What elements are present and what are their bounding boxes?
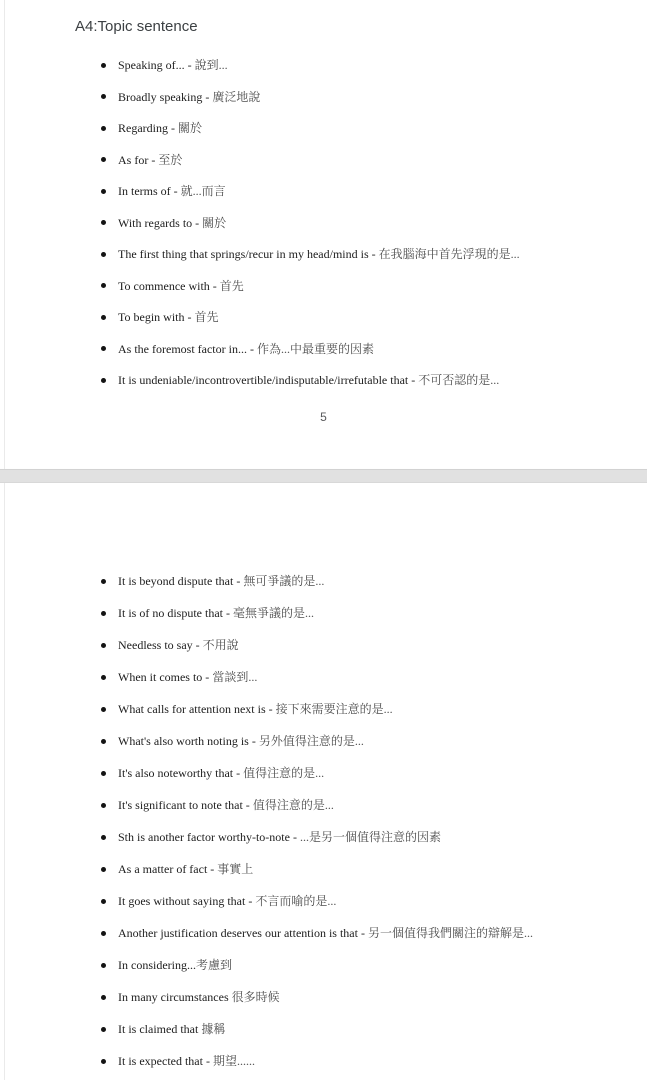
list-item: With regards to - 關於 <box>118 215 637 231</box>
bullet-icon <box>101 94 106 99</box>
list-item: Another justification deserves our atten… <box>118 925 637 941</box>
list-item: Speaking of... - 說到... <box>118 57 637 73</box>
phrase-english: Broadly speaking - <box>118 90 212 104</box>
bullet-icon <box>101 1059 106 1064</box>
list-item: As a matter of fact - 事實上 <box>118 861 637 877</box>
list-item: In considering...考慮到 <box>118 957 637 973</box>
phrase-english: In terms of - <box>118 184 181 198</box>
phrase-list-page-6: It is beyond dispute that - 無可爭議的是... It… <box>118 573 637 1080</box>
bullet-icon <box>101 252 106 257</box>
phrase-chinese: 值得注意的是... <box>243 766 324 780</box>
bullet-icon <box>101 220 106 225</box>
bullet-icon <box>101 899 106 904</box>
phrase-english: In considering... <box>118 958 196 972</box>
list-item: As the foremost factor in... - 作為...中最重要… <box>118 341 637 357</box>
phrase-chinese: 據稱 <box>201 1022 225 1036</box>
phrase-english: As a matter of fact - <box>118 862 217 876</box>
bullet-icon <box>101 707 106 712</box>
phrase-chinese: 期望...... <box>213 1054 255 1068</box>
phrase-english: Another justification deserves our atten… <box>118 926 368 940</box>
phrase-english: It is undeniable/incontrovertible/indisp… <box>118 373 418 387</box>
phrase-chinese: 當談到... <box>212 670 257 684</box>
phrase-english: It is beyond dispute that - <box>118 574 243 588</box>
list-item: It is undeniable/incontrovertible/indisp… <box>118 372 637 388</box>
phrase-chinese: 在我腦海中首先浮現的是... <box>379 247 520 261</box>
phrase-english: Regarding - <box>118 121 178 135</box>
bullet-icon <box>101 995 106 1000</box>
phrase-chinese: 廣泛地說 <box>212 90 260 104</box>
phrase-english: To begin with - <box>118 310 194 324</box>
bullet-icon <box>101 157 106 162</box>
phrase-chinese: 不可否認的是... <box>418 373 499 387</box>
document-page-5: A4:Topic sentence Speaking of... - 說到...… <box>0 0 647 469</box>
phrase-english: When it comes to - <box>118 670 212 684</box>
bullet-icon <box>101 315 106 320</box>
phrase-chinese: 說到... <box>195 58 228 72</box>
phrase-chinese: 另外值得注意的是... <box>259 734 364 748</box>
bullet-icon <box>101 189 106 194</box>
phrase-english: It is of no dispute that - <box>118 606 233 620</box>
bullet-icon <box>101 771 106 776</box>
bullet-icon <box>101 126 106 131</box>
list-item: As for - 至於 <box>118 152 637 168</box>
list-item: It is of no dispute that - 毫無爭議的是... <box>118 605 637 621</box>
phrase-english: It is expected that - <box>118 1054 213 1068</box>
page-left-edge <box>4 483 5 1080</box>
page-break-gap <box>0 469 647 483</box>
bullet-icon <box>101 835 106 840</box>
bullet-icon <box>101 739 106 744</box>
list-item: To begin with - 首先 <box>118 309 637 325</box>
phrase-chinese: 值得注意的是... <box>253 798 334 812</box>
bullet-icon <box>101 643 106 648</box>
page-left-edge <box>4 0 5 469</box>
bullet-icon <box>101 1027 106 1032</box>
phrase-chinese: 很多時候 <box>232 990 280 1004</box>
phrase-chinese: 接下來需要注意的是... <box>276 702 393 716</box>
list-item: What's also worth noting is - 另外值得注意的是..… <box>118 733 637 749</box>
phrase-chinese: 就...而言 <box>181 184 226 198</box>
page-number: 5 <box>0 410 647 424</box>
phrase-english: What calls for attention next is - <box>118 702 276 716</box>
phrase-chinese: 事實上 <box>217 862 253 876</box>
phrase-english: As for - <box>118 153 158 167</box>
list-item: The first thing that springs/recur in my… <box>118 246 637 262</box>
phrase-english: It's also noteworthy that - <box>118 766 243 780</box>
bullet-icon <box>101 675 106 680</box>
phrase-chinese: 毫無爭議的是... <box>233 606 314 620</box>
bullet-icon <box>101 803 106 808</box>
bullet-icon <box>101 611 106 616</box>
list-item: To commence with - 首先 <box>118 278 637 294</box>
phrase-chinese: 無可爭議的是... <box>243 574 324 588</box>
phrase-english: Speaking of... - <box>118 58 195 72</box>
phrase-chinese: ...是另一個值得注意的因素 <box>300 830 441 844</box>
phrase-english: As the foremost factor in... - <box>118 342 257 356</box>
bullet-icon <box>101 378 106 383</box>
phrase-chinese: 首先 <box>220 279 244 293</box>
list-item: It's also noteworthy that - 值得注意的是... <box>118 765 637 781</box>
bullet-icon <box>101 963 106 968</box>
phrase-list-page-5: Speaking of... - 說到... Broadly speaking … <box>118 57 637 404</box>
list-item: It is beyond dispute that - 無可爭議的是... <box>118 573 637 589</box>
list-item: In many circumstances 很多時候 <box>118 989 637 1005</box>
list-item: When it comes to - 當談到... <box>118 669 637 685</box>
bullet-icon <box>101 283 106 288</box>
phrase-english: What's also worth noting is - <box>118 734 259 748</box>
phrase-english: It goes without saying that - <box>118 894 255 908</box>
phrase-english: With regards to - <box>118 216 202 230</box>
phrase-english: In many circumstances <box>118 990 232 1004</box>
list-item: It is claimed that 據稱 <box>118 1021 637 1037</box>
list-item: Broadly speaking - 廣泛地說 <box>118 89 637 105</box>
list-item: Needless to say - 不用說 <box>118 637 637 653</box>
phrase-chinese: 另一個值得我們關注的辯解是... <box>368 926 533 940</box>
bullet-icon <box>101 63 106 68</box>
phrase-chinese: 作為...中最重要的因素 <box>257 342 374 356</box>
phrase-chinese: 不用說 <box>203 638 239 652</box>
document-page-6: It is beyond dispute that - 無可爭議的是... It… <box>0 483 647 1080</box>
bullet-icon <box>101 579 106 584</box>
phrase-english: To commence with - <box>118 279 220 293</box>
list-item: It's significant to note that - 值得注意的是..… <box>118 797 637 813</box>
list-item: It goes without saying that - 不言而喻的是... <box>118 893 637 909</box>
page-title: A4:Topic sentence <box>75 18 198 35</box>
list-item: What calls for attention next is - 接下來需要… <box>118 701 637 717</box>
phrase-chinese: 不言而喻的是... <box>255 894 336 908</box>
list-item: It is expected that - 期望...... <box>118 1053 637 1069</box>
phrase-chinese: 關於 <box>178 121 202 135</box>
phrase-english: Needless to say - <box>118 638 203 652</box>
phrase-chinese: 考慮到 <box>196 958 232 972</box>
bullet-icon <box>101 346 106 351</box>
list-item: Regarding - 關於 <box>118 120 637 136</box>
phrase-english: The first thing that springs/recur in my… <box>118 247 379 261</box>
list-item: In terms of - 就...而言 <box>118 183 637 199</box>
bullet-icon <box>101 867 106 872</box>
phrase-chinese: 關於 <box>202 216 226 230</box>
document-viewer[interactable]: A4:Topic sentence Speaking of... - 說到...… <box>0 0 647 1080</box>
list-item: Sth is another factor worthy-to-note - .… <box>118 829 637 845</box>
phrase-chinese: 至於 <box>158 153 182 167</box>
phrase-chinese: 首先 <box>194 310 218 324</box>
bullet-icon <box>101 931 106 936</box>
phrase-english: It is claimed that <box>118 1022 201 1036</box>
phrase-english: Sth is another factor worthy-to-note - <box>118 830 300 844</box>
phrase-english: It's significant to note that - <box>118 798 253 812</box>
